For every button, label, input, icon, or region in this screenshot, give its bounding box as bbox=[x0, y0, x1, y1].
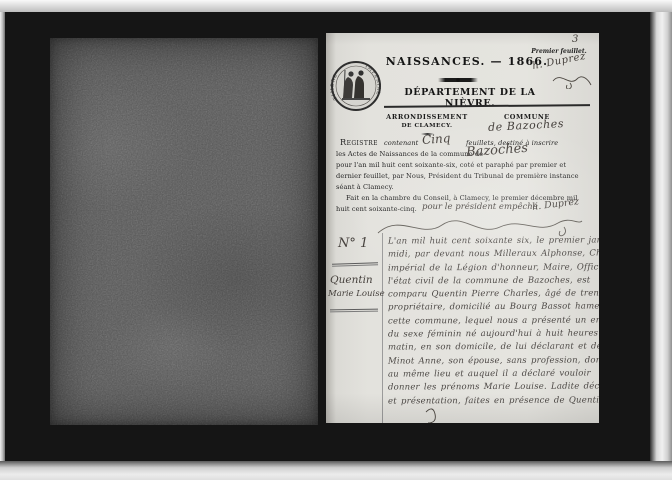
page-title: NAISSANCES. — 1866. bbox=[382, 55, 552, 68]
act-text-line: matin, en son domicile, de lui déclarant… bbox=[388, 341, 596, 355]
title-ornament-rule bbox=[438, 78, 478, 82]
page-number-annotation: 3 bbox=[572, 34, 578, 45]
scan-border-left bbox=[0, 0, 5, 480]
fait-clause-line2: huit cent soixante-cinq. bbox=[336, 205, 417, 213]
act-margin-name-1: Quentin bbox=[330, 274, 373, 286]
margin-divider-1 bbox=[332, 262, 378, 265]
scanned-register-image: 3 Premier feuillet. h. Duprez NAISSANCES… bbox=[0, 0, 672, 480]
timbre-imperial-stamp: TIMBRE IMPÉRIAL bbox=[329, 59, 383, 113]
act-text-line: Minot Anne, son épouse, sans profession,… bbox=[388, 354, 596, 368]
act-text-line: et présentation, faites en présence de Q… bbox=[388, 394, 596, 408]
act-number: N° 1 bbox=[338, 236, 368, 251]
act-text-line: l'état civil de la commune de Bazoches, … bbox=[388, 274, 596, 288]
registre-line3: pour l'an mil huit cent soixante-six, co… bbox=[336, 161, 566, 169]
scan-border-right bbox=[650, 0, 672, 480]
act-text-line: impérial de la Légion d'honneur, Maire, … bbox=[388, 261, 596, 275]
act-text-line: midi, par devant nous Milleraux Alphonse… bbox=[388, 248, 596, 262]
end-paraph-mark bbox=[422, 407, 440, 423]
act-body-text: L'an mil huit cent soixante six, le prem… bbox=[388, 235, 596, 408]
registre-line5: séant à Clamecy. bbox=[336, 183, 394, 191]
left-book-page bbox=[50, 38, 318, 425]
margin-rule bbox=[382, 233, 383, 423]
act-text-line: cette commune, lequel nous a présenté un… bbox=[388, 314, 596, 328]
arrondissement-value: DE CLAMECY. bbox=[372, 123, 482, 129]
clerk-paraph-top bbox=[550, 71, 592, 89]
commune-name-handwritten: Bazoches bbox=[466, 141, 529, 160]
registre-line2: les Actes de Naissances de la commune de bbox=[336, 150, 483, 158]
margin-divider-2 bbox=[330, 309, 378, 311]
register-page: 3 Premier feuillet. h. Duprez NAISSANCES… bbox=[326, 33, 599, 423]
president-note-handwritten: pour le président empêché bbox=[422, 202, 538, 212]
act-text-line: donner les prénoms Marie Louise. Ladite … bbox=[388, 381, 596, 395]
scan-border-bottom bbox=[0, 461, 672, 480]
scan-border-top bbox=[0, 0, 672, 12]
commune-value-handwritten: de Bazoches bbox=[488, 117, 565, 134]
registre-lead-word: Registre bbox=[340, 137, 378, 147]
registre-line4: dernier feuillet, par Nous, Président du… bbox=[336, 172, 579, 180]
page-vignette bbox=[50, 38, 318, 425]
arrondissement-label: ARRONDISSEMENT bbox=[372, 113, 482, 121]
feuillet-count-handwritten: Cinq bbox=[422, 131, 451, 147]
registre-contenant: contenant bbox=[384, 139, 418, 147]
act-margin-name-2: Marie Louise bbox=[328, 289, 385, 299]
act-text-line: propriétaire, domicilié au Bourg Bassot … bbox=[388, 301, 596, 315]
